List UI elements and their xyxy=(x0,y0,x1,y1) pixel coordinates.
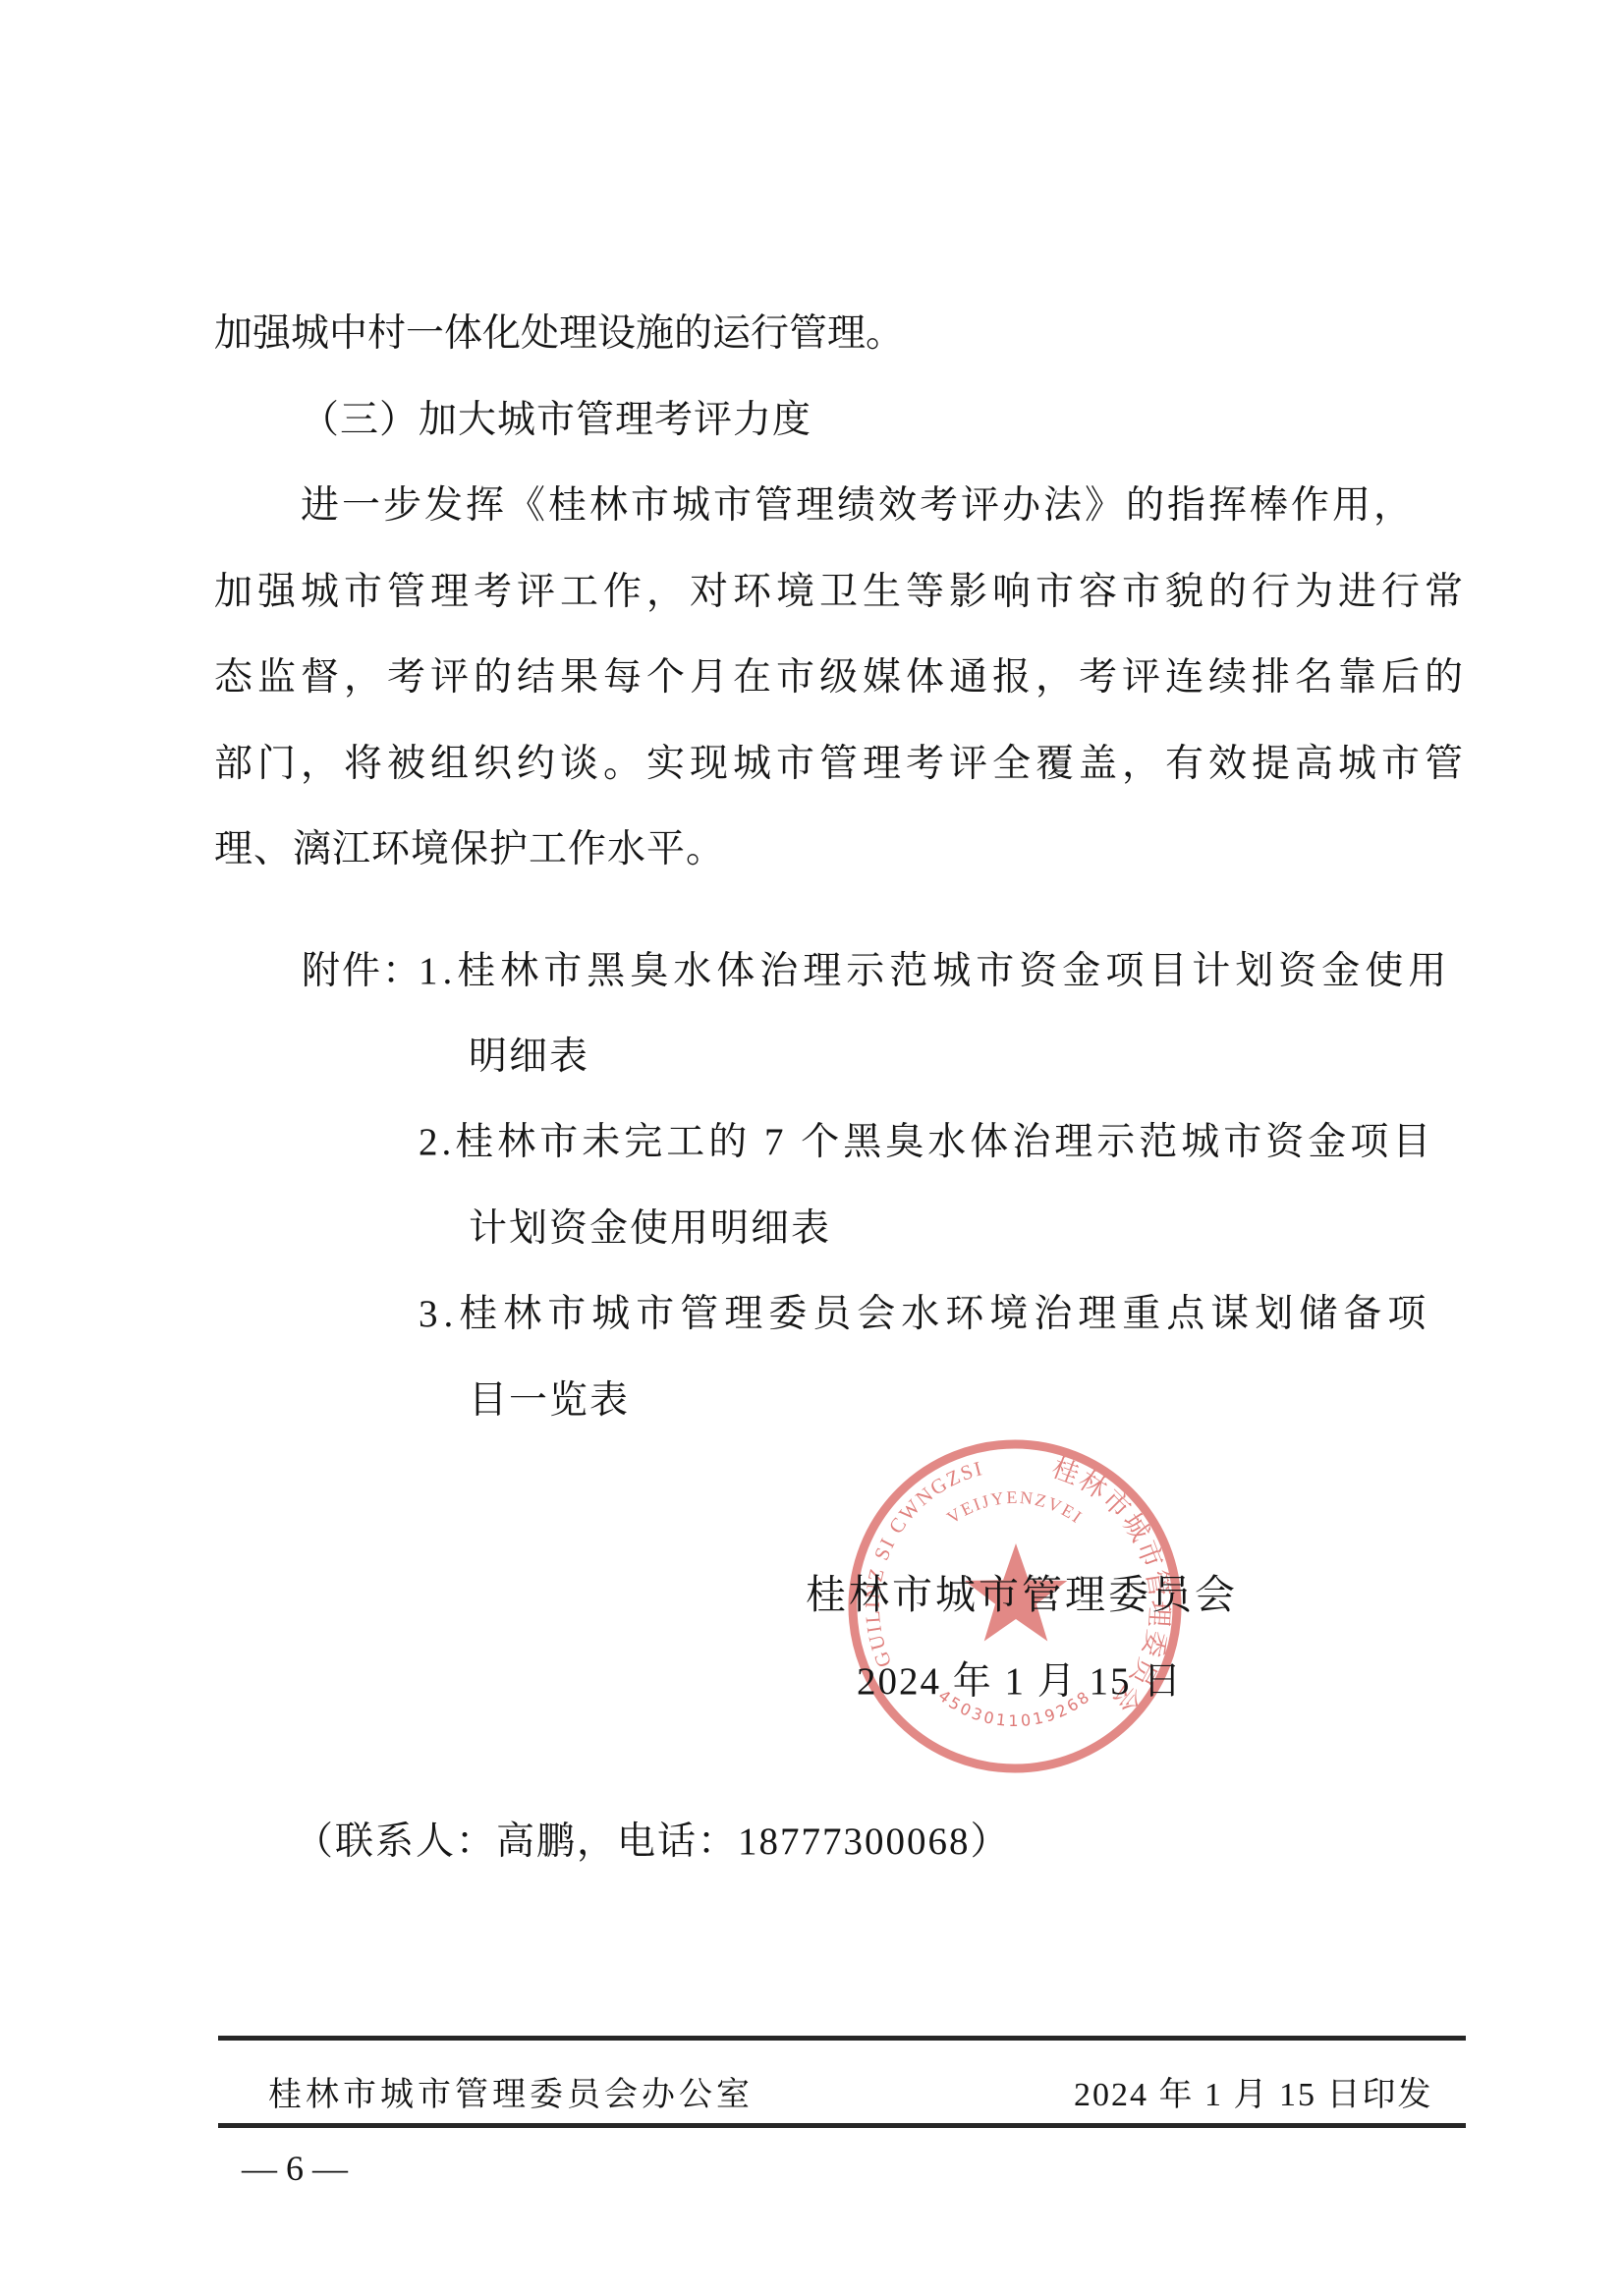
body-line-6: 部门，将被组织约谈。实现城市管理考评全覆盖，有效提高城市管 xyxy=(214,743,1468,787)
svg-text:GUILINZ SI CWNGZSI: GUILINZ SI CWNGZSI xyxy=(861,1456,986,1671)
body-line-3: 进一步发挥《桂林市城市管理绩效考评办法》的指挥棒作用， xyxy=(301,484,1415,529)
page-number: — 6 — xyxy=(242,2148,348,2189)
signature-date: 2024 年 1 月 15 日 xyxy=(857,1660,1183,1705)
seal-latin-ring-text: GUILINZ SI CWNGZSI xyxy=(861,1456,986,1671)
attachment-item-2-line-2: 计划资金使用明细表 xyxy=(469,1207,831,1252)
signature-org: 桂林市城市管理委员会 xyxy=(806,1572,1238,1618)
attachment-item-3-line-1: 3.桂林市城市管理委员会水环境治理重点谋划储备项 xyxy=(419,1293,1431,1337)
body-line-2-section-heading: （三）加大城市管理考评力度 xyxy=(301,399,811,443)
attachment-item-1-line-1: 1.桂林市黑臭水体治理示范城市资金项目计划资金使用 xyxy=(419,950,1451,994)
footer-issuing-office: 桂林市城市管理委员会办公室 xyxy=(268,2067,754,2115)
attachment-item-2-line-1: 2.桂林市未完工的 7 个黑臭水体治理示范城市资金项目 xyxy=(419,1121,1434,1165)
contact-line: （联系人：高鹏，电话：18777300068） xyxy=(295,1820,1011,1865)
body-line-4: 加强城市管理考评工作，对环境卫生等影响市容市貌的行为进行常 xyxy=(214,571,1468,615)
document-page: { "doc": { "lines": [ "加强城中村一体化处理设施的运行管理… xyxy=(0,0,1623,2296)
body-line-5: 态监督，考评的结果每个月在市级媒体通报，考评连续排名靠后的 xyxy=(214,656,1468,700)
attachment-item-3-line-2: 目一览表 xyxy=(469,1379,630,1424)
attachment-item-1-line-2: 明细表 xyxy=(469,1036,589,1080)
attachments-label: 附件： xyxy=(302,950,422,994)
footer-rule-top xyxy=(218,2036,1466,2041)
seal-latin-inner-text: VEIJYENZVEI xyxy=(943,1487,1087,1528)
svg-text:VEIJYENZVEI: VEIJYENZVEI xyxy=(943,1487,1087,1528)
body-line-1: 加强城中村一体化处理设施的运行管理。 xyxy=(214,312,904,357)
body-line-7: 理、漓江环境保护工作水平。 xyxy=(214,828,725,872)
footer-rule-bottom xyxy=(218,2123,1466,2128)
footer-print-date: 2024 年 1 月 15 日印发 xyxy=(1074,2067,1433,2115)
